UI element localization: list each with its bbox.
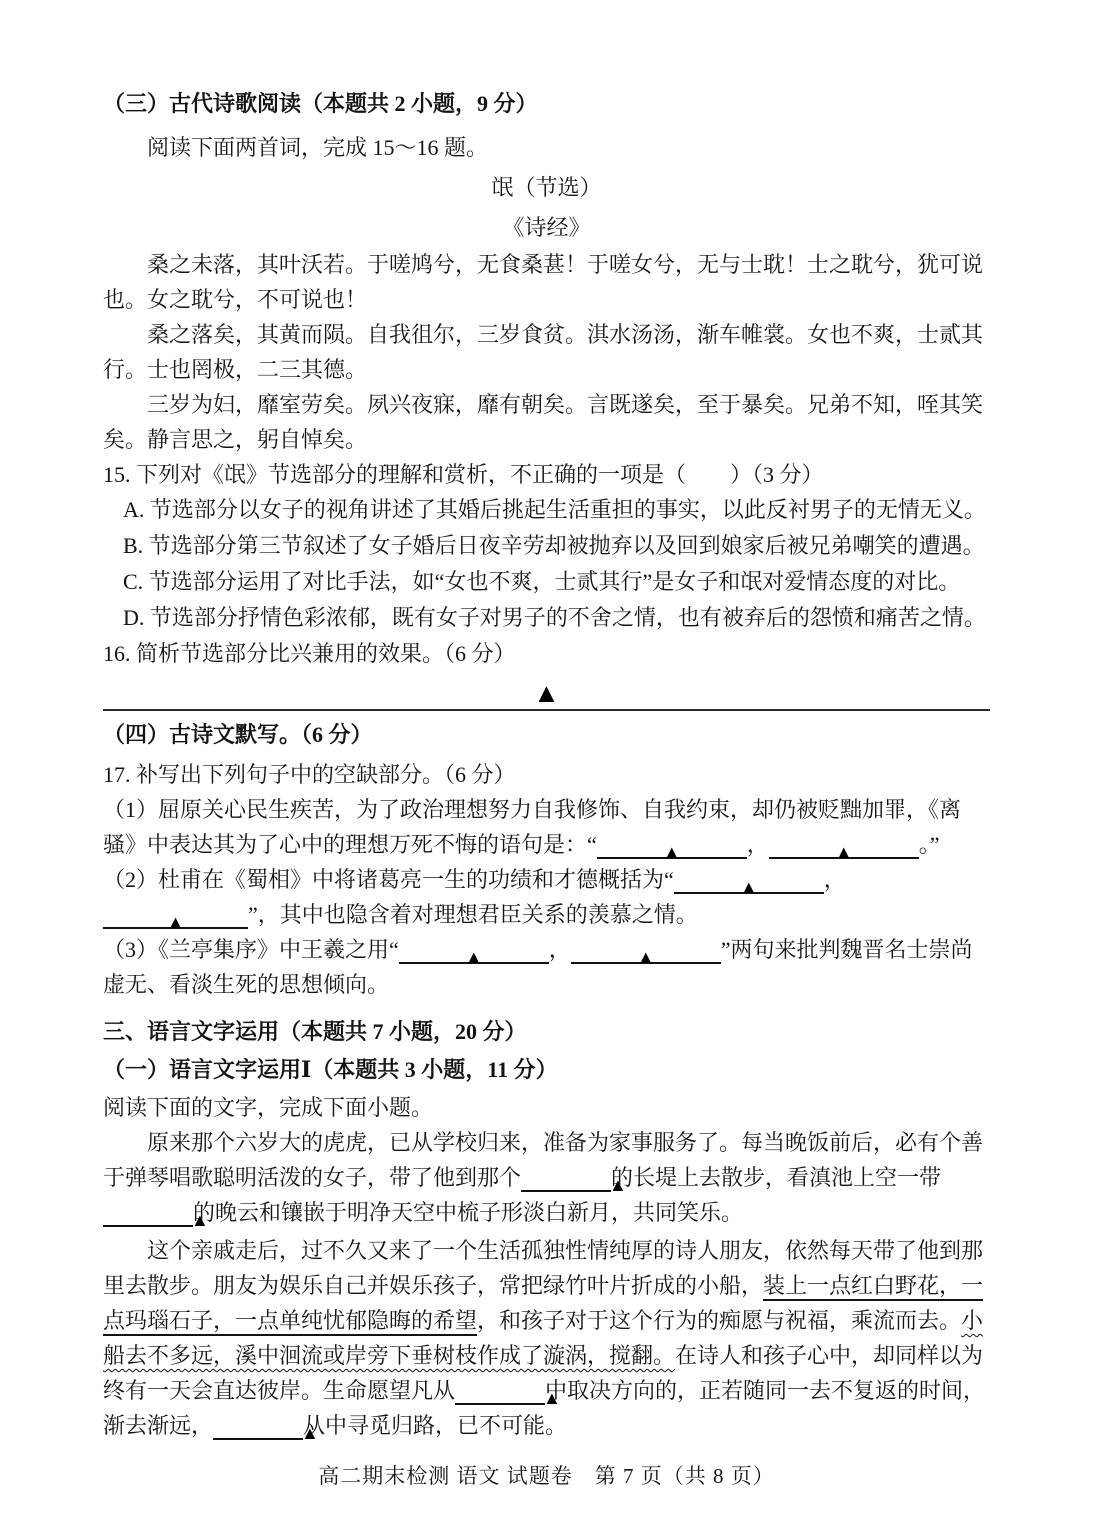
para1-text: 的长堤上去散步，看滇池上空一带 — [611, 1165, 941, 1190]
answer-blank: ▲ — [399, 938, 549, 964]
passage-paragraph-2: 这个亲戚走后，过不久又来了一个生活孤独性情纯厚的诗人朋友，依然每天带了他到那里去… — [103, 1233, 990, 1443]
question-17-item-2: （2）杜甫在《蜀相》中将诸葛亮一生的功绩和才德概括为“▲，▲”，其中也隐含着对理… — [103, 862, 990, 932]
answer-blank: ▲ — [103, 903, 248, 929]
item-1-text-end: 。” — [919, 832, 940, 857]
para2-text: 从中寻觅归路，已不可能。 — [303, 1413, 567, 1438]
answer-blank: ▲ — [455, 1379, 545, 1405]
question-17-stem: 17. 补写出下列句子中的空缺部分。（6 分） — [103, 757, 990, 792]
answer-blank: ▲ — [769, 833, 919, 859]
section-four-heading: （四）古诗文默写。（6 分） — [103, 717, 990, 752]
item-2-text-end: ”，其中也隐含着对理想君臣关系的羡慕之情。 — [248, 902, 698, 927]
section-five-heading: 三、语言文字运用（本题共 7 小题，20 分） — [103, 1014, 990, 1049]
answer-blank: ▲ — [103, 1201, 193, 1227]
item-2-separator: ， — [824, 867, 846, 892]
answer-triangle-icon: ▲ — [533, 678, 560, 708]
section-language-use: 三、语言文字运用（本题共 7 小题，20 分） （一）语言文字运用Ⅰ（本题共 3… — [103, 1014, 990, 1443]
answer-blank: ▲ — [213, 1414, 303, 1440]
section-poetry-reading: （三）古代诗歌阅读（本题共 2 小题，9 分） 阅读下面两首词，完成 15～16… — [103, 86, 990, 671]
para2-text: ，和孩子对于这个行为的痴愿与祝福，乘流而去。 — [477, 1308, 961, 1333]
answer-blank: ▲ — [571, 938, 721, 964]
blank-triangle-icon: ▲ — [835, 840, 853, 864]
para1-text: 的晚云和镶嵌于明净天空中梳子形淡白新月，共同笑乐。 — [193, 1200, 743, 1225]
exam-page: （三）古代诗歌阅读（本题共 2 小题，9 分） 阅读下面两首词，完成 15～16… — [0, 0, 1102, 1536]
section-three-heading: （三）古代诗歌阅读（本题共 2 小题，9 分） — [103, 86, 990, 121]
page-footer: 高二期末检测 语文 试题卷 第 7 页（共 8 页） — [103, 1459, 990, 1494]
question-17-item-1: （1）屈原关心民生疾苦，为了政治理想努力自我修饰、自我约束，却仍被贬黜加罪，《离… — [103, 792, 990, 862]
section-dictation: （四）古诗文默写。（6 分） 17. 补写出下列句子中的空缺部分。（6 分） （… — [103, 717, 990, 1002]
question-17-item-3: （3）《兰亭集序》中王羲之用“▲，▲”两句来批判魏晋名士崇尚虚无、看淡生死的思想… — [103, 932, 990, 1002]
blank-triangle-icon: ▲ — [740, 875, 758, 899]
section-five-sub-heading: （一）语言文字运用Ⅰ（本题共 3 小题，11 分） — [103, 1052, 990, 1087]
blank-triangle-icon: ▲ — [167, 910, 185, 934]
answer-blank: ▲ — [521, 1166, 611, 1192]
item-3-separator: ， — [549, 937, 571, 962]
question-15-option-d: D. 节选部分抒情色彩浓郁，既有女子对男子的不舍之情，也有被弃后的怨愤和痛苦之情… — [103, 600, 990, 636]
poem-stanza: 桑之未落，其叶沃若。于嗟鸠兮，无食桑葚！于嗟女兮，无与士耽！士之耽兮，犹可说也。… — [103, 247, 990, 317]
item-1-separator: ， — [747, 832, 769, 857]
answer-blank: ▲ — [597, 833, 747, 859]
poem-stanza: 三岁为妇，靡室劳矣。夙兴夜寐，靡有朝矣。言既遂矣，至于暴矣。兄弟不知，咥其笑矣。… — [103, 387, 990, 457]
poem-stanza: 桑之落矣，其黄而陨。自我徂尔，三岁食贫。淇水汤汤，渐车帷裳。女也不爽，士贰其行。… — [103, 317, 990, 387]
question-15-option-c: C. 节选部分运用了对比手法，如“女也不爽，士贰其行”是女子和氓对爱情态度的对比… — [103, 564, 990, 600]
question-15-option-b: B. 节选部分第三节叙述了女子婚后日夜辛劳却被抛弃以及回到娘家后被兄弟嘲笑的遭遇… — [103, 528, 990, 564]
answer-area-marker: ▲ — [103, 677, 990, 709]
blank-triangle-icon: ▲ — [637, 945, 655, 969]
question-15-stem: 15. 下列对《氓》节选部分的理解和赏析，不正确的一项是（ ）（3 分） — [103, 457, 990, 492]
passage-intro: 阅读下面的文字，完成下面小题。 — [103, 1090, 990, 1125]
question-16-stem: 16. 简析节选部分比兴兼用的效果。（6 分） — [103, 636, 990, 671]
question-15-option-a: A. 节选部分以女子的视角讲述了其婚后挑起生活重担的事实，以此反衬男子的无情无义… — [103, 492, 990, 528]
poetry-intro: 阅读下面两首词，完成 15～16 题。 — [103, 130, 990, 165]
blank-triangle-icon: ▲ — [465, 945, 483, 969]
answer-blank: ▲ — [674, 868, 824, 894]
poem-title: 氓（节选） — [103, 170, 990, 205]
item-2-text: （2）杜甫在《蜀相》中将诸葛亮一生的功绩和才德概括为“ — [103, 867, 674, 892]
poem-source: 《诗经》 — [103, 210, 990, 245]
blank-triangle-icon: ▲ — [663, 840, 681, 864]
section-divider-line — [103, 709, 990, 711]
item-3-text: （3）《兰亭集序》中王羲之用“ — [103, 937, 399, 962]
passage-paragraph-1: 原来那个六岁大的虎虎，已从学校归来，准备为家事服务了。每当晚饭前后，必有个善于弹… — [103, 1125, 990, 1230]
